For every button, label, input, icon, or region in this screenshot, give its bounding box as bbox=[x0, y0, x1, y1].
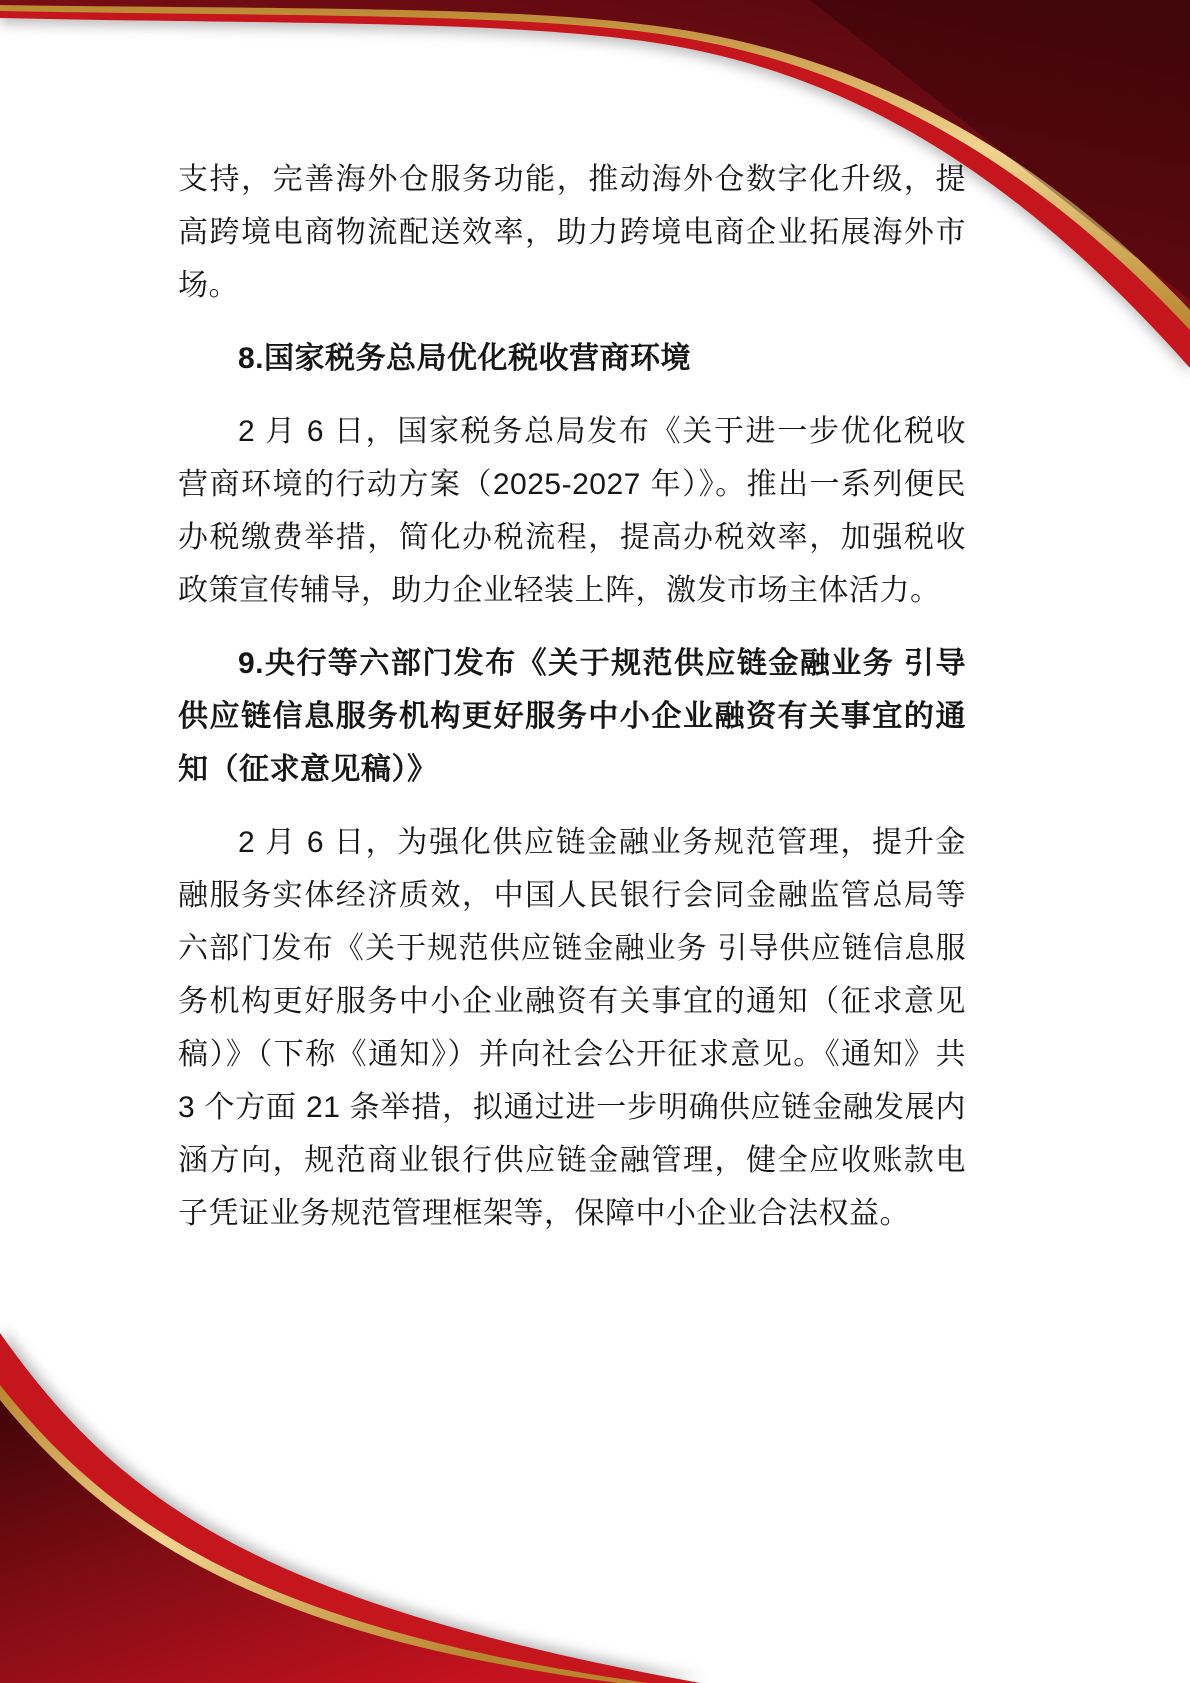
bottom-left-ribbon-decoration bbox=[0, 1213, 1190, 1683]
ribbon-bright-red-band bbox=[0, 1333, 700, 1683]
paragraph-item-8-tax-administration: 2 月 6 日，国家税务总局发布《关于进一步优化税收营商环境的行动方案（2025… bbox=[178, 405, 966, 617]
paragraph-overseas-warehouse-continuation: 支持，完善海外仓服务功能，推动海外仓数字化升级，提高跨境电商物流配送效率，助力跨… bbox=[178, 153, 966, 312]
ribbon-dark-red-mass bbox=[0, 1400, 618, 1683]
ribbon-gold-arc bbox=[0, 1385, 648, 1683]
paragraph-item-9-supply-chain-finance-notice: 2 月 6 日，为强化供应链金融业务规范管理，提升金融服务实体经济质效，中国人民… bbox=[178, 816, 966, 1240]
heading-item-8-tax-administration: 8.国家税务总局优化税收营商环境 bbox=[178, 332, 966, 385]
document-page: 支持，完善海外仓服务功能，推动海外仓数字化升级，提高跨境电商物流配送效率，助力跨… bbox=[0, 0, 1190, 1683]
heading-item-9-supply-chain-finance-notice: 9.央行等六部门发布《关于规范供应链金融业务 引导供应链信息服务机构更好服务中小… bbox=[178, 637, 966, 796]
page-content: 支持，完善海外仓服务功能，推动海外仓数字化升级，提高跨境电商物流配送效率，助力跨… bbox=[178, 153, 966, 1240]
